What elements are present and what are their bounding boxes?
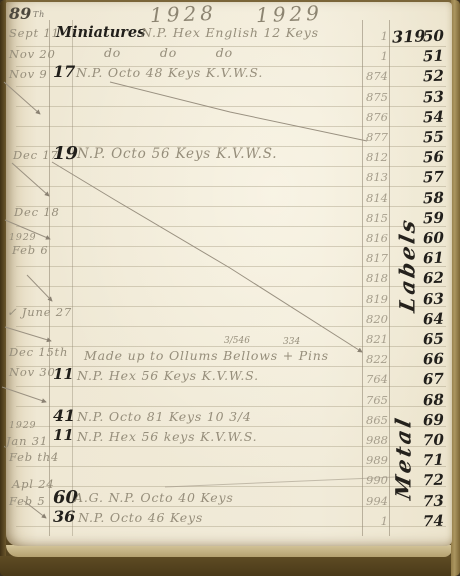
leader-arrow xyxy=(5,220,50,239)
ledger-scan: 89 Th 1928 1929 Labels Metal Sept 11Nov … xyxy=(0,0,460,576)
leader-arrow xyxy=(12,163,49,196)
leader-arrow xyxy=(27,275,52,301)
pencil-diagonal-line xyxy=(52,162,362,352)
leader-arrow xyxy=(5,327,51,341)
pencil-diagonal-line xyxy=(110,82,367,141)
pencil-diagonal-line xyxy=(165,477,395,487)
leader-arrow xyxy=(4,82,40,114)
leader-arrow xyxy=(24,501,46,518)
leader-arrow xyxy=(2,387,46,402)
cancellation-marks xyxy=(0,0,460,576)
